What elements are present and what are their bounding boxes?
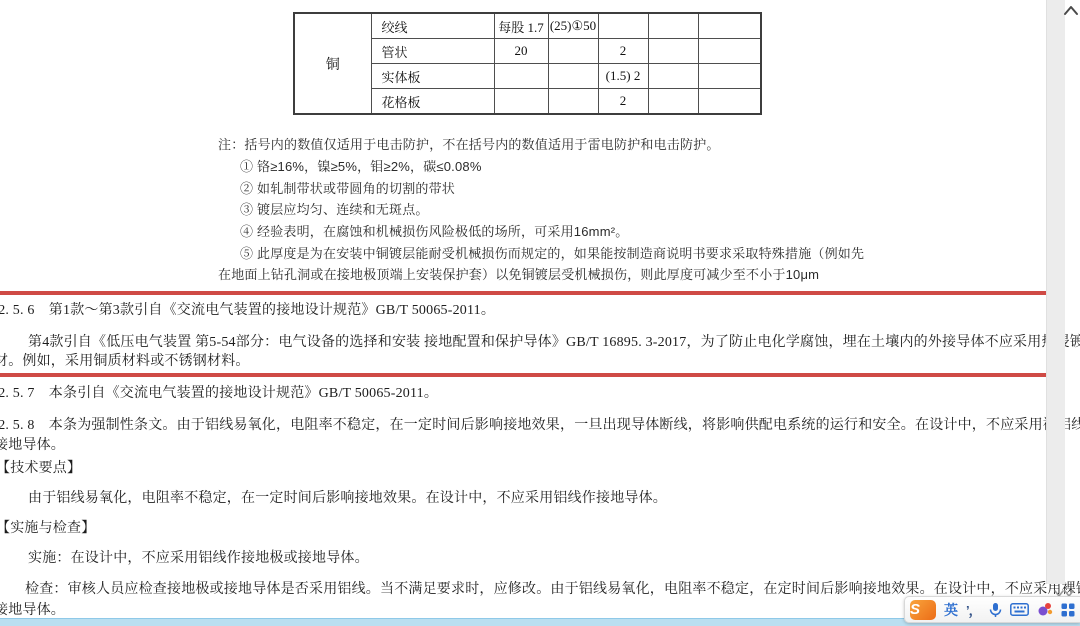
doc-line: 接地导体。 <box>0 599 65 619</box>
toolbox-grid-icon[interactable] <box>1061 603 1075 617</box>
doc-section-heading: 【技术要点】 <box>0 457 81 477</box>
ime-toolbar[interactable]: S 英 ’， <box>904 596 1080 623</box>
table-cell-value: 每股 1.7 <box>494 13 548 39</box>
table-cell-value <box>598 13 648 39</box>
table-cell-value <box>494 89 548 115</box>
ime-punctuation-toggle[interactable]: ’， <box>966 600 981 619</box>
table-cell-shape: 绞线 <box>371 13 494 39</box>
table-cell-shape: 花格板 <box>371 89 494 115</box>
doc-line: 第4款引自《低压电气装置 第5-54部分：电气设备的选择和安装 接地配置和保护导… <box>28 331 1080 351</box>
table-cell-value: 2 <box>598 39 648 64</box>
chevron-up-icon <box>1063 4 1079 18</box>
table-cell-value: 20 <box>494 39 548 64</box>
table-cell-value <box>548 39 598 64</box>
note-line: ③ 镀层应均匀、连续和无斑点。 <box>240 199 429 218</box>
table-cell-value <box>494 64 548 89</box>
table-cell-value: (25)①50 <box>548 13 598 39</box>
table-cell-value <box>548 89 598 115</box>
table-cell-value <box>648 39 698 64</box>
note-line: ④ 经验表明，在腐蚀和机械损伤风险极低的场所，可采用16mm²。 <box>240 221 628 240</box>
table-cell-value <box>698 89 761 115</box>
doc-line: 检查：审核人员应检查接地极或接地导体是否采用铝线。当不满足要求时，应修改。由于铝… <box>25 578 1080 598</box>
table-cell-value: (1.5) 2 <box>598 64 648 89</box>
table-cell-value <box>648 89 698 115</box>
keyboard-icon[interactable] <box>1010 603 1029 616</box>
spec-table: 铜 绞线 每股 1.7 (25)①50 管状 20 2 实体板 (1.5) 2 … <box>293 12 762 115</box>
skin-palette-icon[interactable] <box>1037 602 1053 617</box>
doc-line: 12. 5. 7 本条引自《交流电气装置的接地设计规范》GB/T 50065-2… <box>0 382 438 402</box>
doc-section-heading: 【实施与检查】 <box>0 517 95 537</box>
table-cell-value <box>548 64 598 89</box>
toolbar-collapse-icon[interactable] <box>1053 586 1075 596</box>
note-line: 注：括号内的数值仅适用于电击防护，不在括号内的数值适用于雷电防护和电击防护。 <box>218 134 720 153</box>
scroll-up-button[interactable] <box>1063 4 1079 18</box>
table-cell-value: 2 <box>598 89 648 115</box>
table-cell-value <box>698 13 761 39</box>
doc-line: 材。例如，采用铜质材料或不锈钢材料。 <box>0 350 250 370</box>
note-line: ⑤ 此厚度是为在安装中铜镀层能耐受机械损伤而规定的，如果能按制造商说明书要求采取… <box>240 243 864 262</box>
scrollbar-track[interactable] <box>1046 0 1065 584</box>
table-cell-value <box>648 13 698 39</box>
note-line: ② 如轧制带状或带圆角的切割的带状 <box>240 178 455 197</box>
table-cell-value <box>648 64 698 89</box>
table-cell-shape: 实体板 <box>371 64 494 89</box>
doc-line: 12. 5. 8 本条为强制性条文。由于铝线易氧化，电阻率不稳定，在一定时间后影… <box>0 414 1080 434</box>
table-cell-value <box>698 64 761 89</box>
table-row: 铜 绞线 每股 1.7 (25)①50 <box>294 13 761 39</box>
doc-line: 实施：在设计中，不应采用铝线作接地极或接地导体。 <box>28 547 369 567</box>
doc-line: 接地导体。 <box>0 434 65 454</box>
table-cell-shape: 管状 <box>371 39 494 64</box>
ime-language-toggle[interactable]: 英 <box>944 600 958 620</box>
table-cell-material: 铜 <box>294 13 371 114</box>
doc-line: 12. 5. 6 第1款～第3款引自《交流电气装置的接地设计规范》GB/T 50… <box>0 299 495 319</box>
doc-line: 由于铝线易氧化，电阻率不稳定，在一定时间后影响接地效果。在设计中，不应采用铝线作… <box>28 487 667 507</box>
note-line: ① 铬≥16%，镍≥5%，钼≥2%，碳≤0.08% <box>240 156 482 175</box>
note-line: 在地面上钻孔洞或在接地极顶端上安装保护套）以免铜镀层受机械损伤，则此厚度可减少至… <box>218 264 819 283</box>
table-cell-value <box>698 39 761 64</box>
sogou-logo-icon[interactable]: S <box>910 600 936 620</box>
microphone-icon[interactable] <box>989 602 1002 618</box>
